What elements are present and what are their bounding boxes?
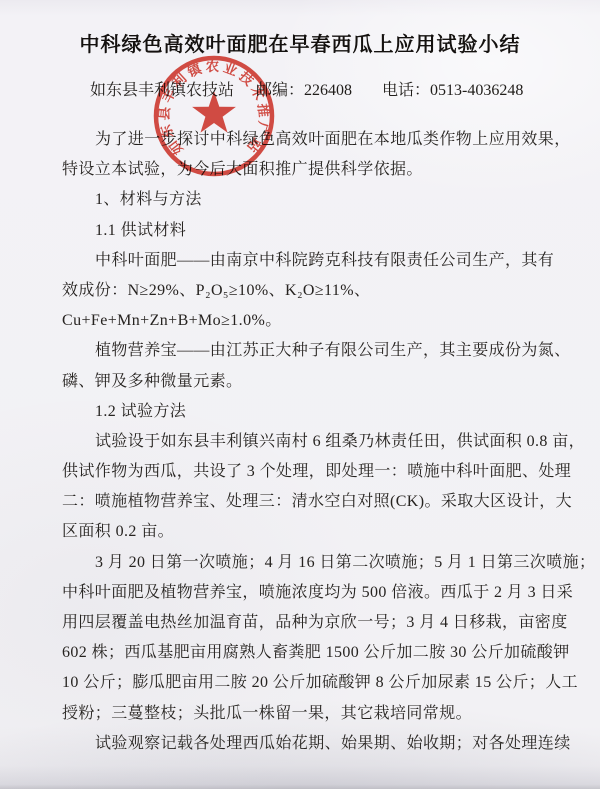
text-line: 供试作物为西瓜，共设了 3 个处理，即处理一：喷施中科叶面肥、处理 (62, 457, 562, 487)
text-line: 1、材料与方法 (62, 185, 562, 215)
text-line: 二：喷施植物营养宝、处理三：清水空白对照(CK)。采取大区设计，大 (62, 487, 562, 517)
text-line: 1.1 供试材料 (62, 216, 562, 246)
postal-code: 226408 (304, 82, 352, 99)
text-line: 磷、钾及多种微量元素。 (62, 367, 562, 397)
text-line: 602 株；西瓜基肥亩用腐熟人畜粪肥 1500 公斤加二胺 30 公斤加硫酸钾 (62, 638, 562, 668)
org-name: 如东县丰利镇农技站 (90, 82, 234, 99)
text-line: 用四层覆盖电热丝加温育苗，品种为京欣一号；3 月 4 日移栽，亩密度 (62, 608, 562, 638)
text-line: 效成份：N≥29%、P₂O₅≥10%、K₂O≥11%、 (62, 276, 562, 306)
text-line: 3 月 20 日第一次喷施；4 月 16 日第二次喷施；5 月 1 日第三次喷施… (62, 548, 562, 578)
text-line: 试验设于如东县丰利镇兴南村 6 组桑乃林责任田，供试面积 0.8 亩， (62, 427, 562, 457)
phone-number: 0513-4036248 (430, 82, 523, 99)
text-line: 区面积 0.2 亩。 (62, 517, 562, 547)
page-title: 中科绿色高效叶面肥在早春西瓜上应用试验小结 (0, 28, 600, 57)
text-line: 10 公斤；膨瓜肥亩用二胺 20 公斤加硫酸钾 8 公斤加尿素 15 公斤；人工 (62, 668, 562, 698)
text-line: 授粉；三蔓整枝；头批瓜一株留一果，其它栽培同常规。 (62, 699, 562, 729)
text-line: 中科叶面肥及植物营养宝，喷施浓度均为 500 倍液。西瓜于 2 月 3 日采 (62, 578, 562, 608)
postal-label: 邮编： (256, 82, 304, 99)
phone-label: 电话： (382, 82, 430, 99)
document-header-line: 如东县丰利镇农技站邮编：226408电话：0513-4036248 (90, 77, 523, 100)
document-body: 为了进一步探讨中科绿色高效叶面肥在本地瓜类作物上应用效果， 特设立本试验，为今后… (62, 125, 562, 759)
text-line: Cu+Fe+Mn+Zn+B+Mo≥1.0%。 (62, 306, 562, 336)
text-line: 特设立本试验，为今后大面积推广提供科学依据。 (62, 155, 562, 185)
text-line: 试验观察记载各处理西瓜始花期、始果期、始收期；对各处理连续 (62, 729, 562, 759)
text-line: 中科叶面肥——由南京中科院跨克科技有限责任公司生产，其有 (62, 246, 562, 276)
text-line: 1.2 试验方法 (62, 397, 562, 427)
text-line: 植物营养宝——由江苏正大种子有限公司生产，其主要成份为氮、 (62, 336, 562, 366)
scanned-document-page: 中科绿色高效叶面肥在早春西瓜上应用试验小结 如东县丰利镇农技站邮编：226408… (0, 0, 600, 789)
text-line: 为了进一步探讨中科绿色高效叶面肥在本地瓜类作物上应用效果， (62, 125, 562, 155)
